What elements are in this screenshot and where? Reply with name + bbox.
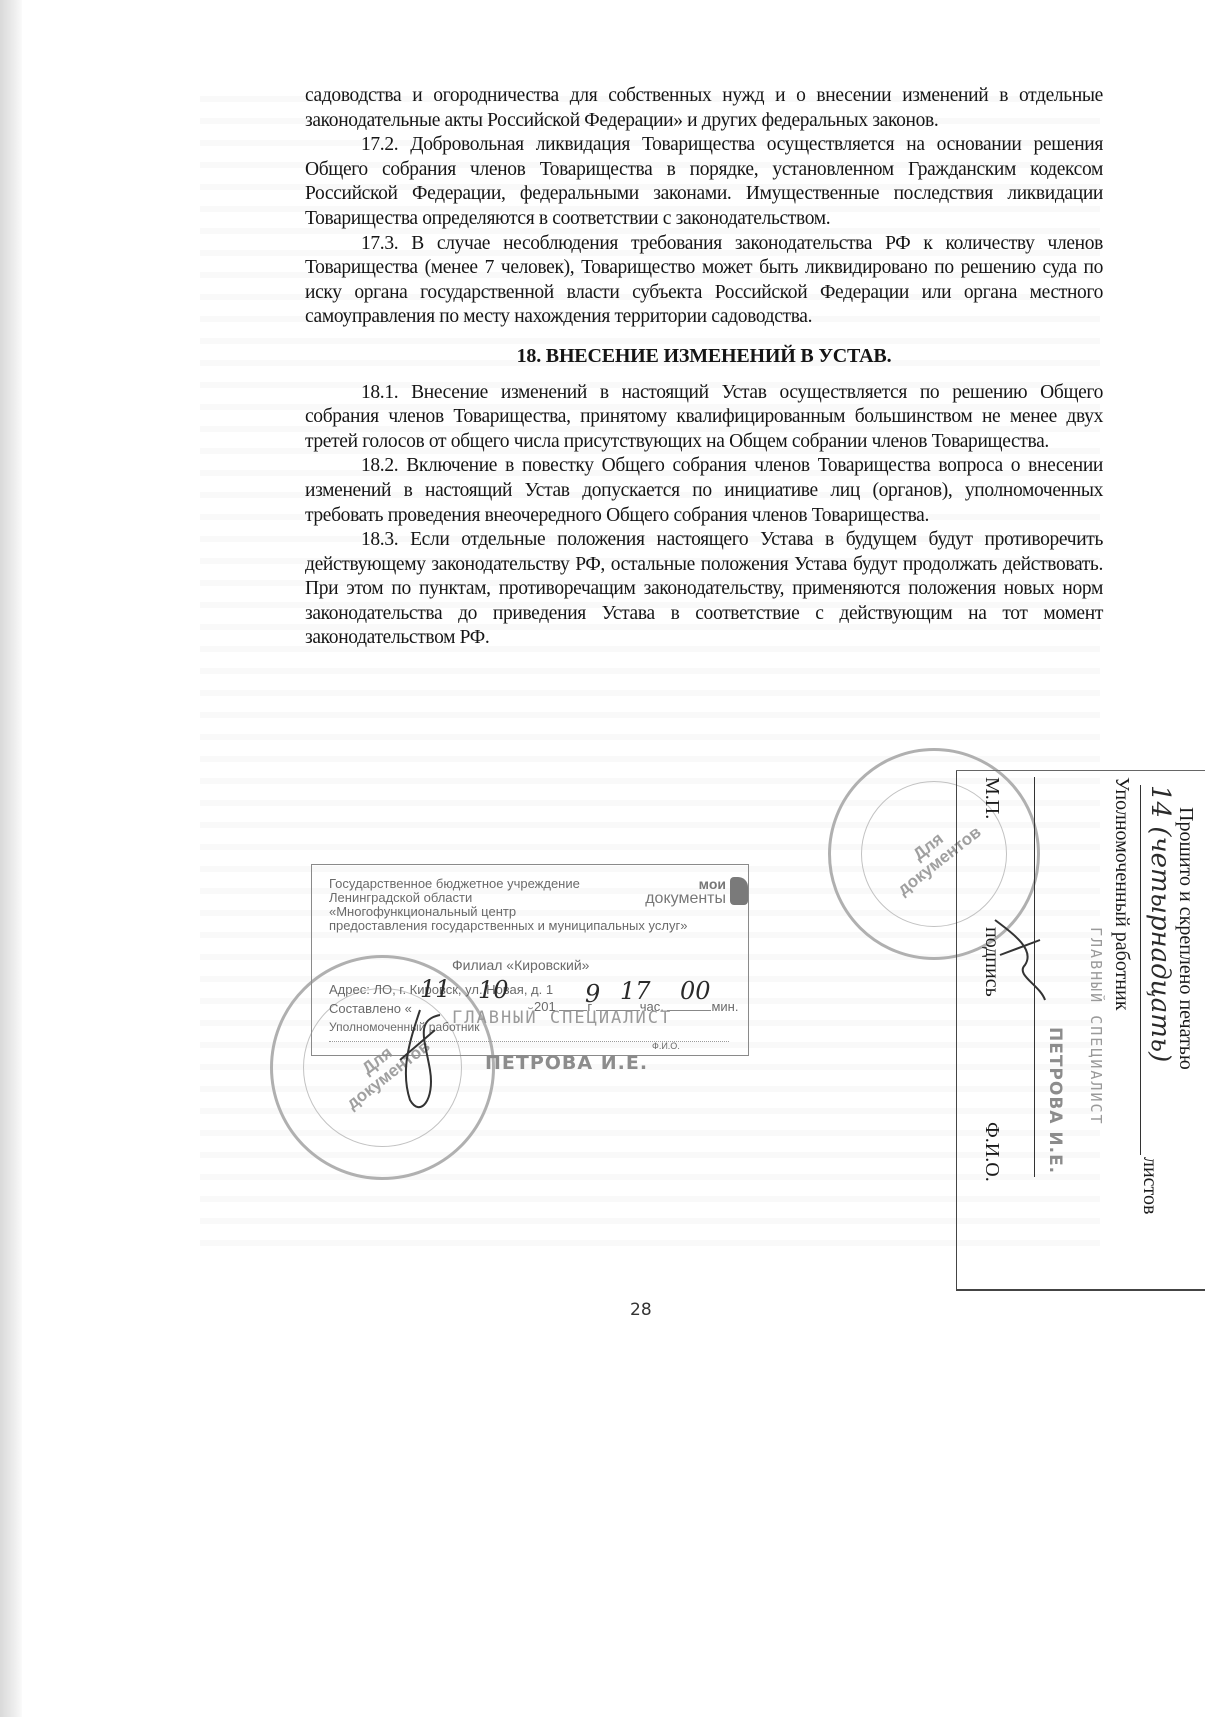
page-number: 28 [630,1300,652,1320]
cert-frame-top [956,770,1205,771]
handwritten-minutes: 00 [680,977,711,1005]
paragraph-18-2: 18.2. Включение в повестку Общего собран… [305,454,1103,528]
cert-authorized-label: Уполномоченный работник [1110,777,1133,1010]
handwritten-year: 9 [585,980,600,1008]
paragraph-17-2: 17.2. Добровольная ликвидация Товарищест… [305,133,1103,231]
logo-icon [730,877,748,905]
mp-label: М.П. [980,777,1003,819]
handwritten-hours: 17 [620,977,651,1005]
mfc-organization: Государственное бюджетное учреждение Лен… [329,877,687,933]
paragraph-17-3: 17.3. В случае несоблюдения требования з… [305,232,1103,330]
cert-stitched-label: Прошито и скреплено печатью [1174,807,1197,1070]
sheets-label: листов [1138,1157,1161,1214]
handwritten-month: 10 [478,976,509,1004]
handwritten-sheet-count: 14 (четырнадцать) [1145,785,1175,1062]
name-stamp-right: ПЕТРОВА И.Е. [1045,1027,1065,1174]
mfc-fio-label: Ф.И.О. [652,1041,680,1051]
handwritten-day: 11 [420,975,451,1003]
mfc-branch: Филиал «Кировский» [452,957,589,973]
cert-frame-bottom [956,1289,1205,1291]
scan-edge [0,0,22,1717]
role-stamp-left: ГЛАВНЫЙ СПЕЦИАЛИСТ [452,1008,672,1028]
section-heading-18: 18. ВНЕСЕНИЕ ИЗМЕНЕНИЙ В УСТАВ. [305,344,1103,369]
paragraph-18-1: 18.1. Внесение изменений в настоящий Уст… [305,381,1103,455]
cert-sheet-count-line: 14 (четырнадцать) листов [1140,785,1167,1155]
signature-right [985,915,1055,1005]
cert-frame-left [956,770,957,1290]
document-body: садоводства и огородничества для собстве… [305,84,1103,651]
fio-label: Ф.И.О. [980,1122,1003,1182]
signature-left [380,1000,470,1120]
name-stamp-left: ПЕТРОВА И.Е. [485,1052,648,1074]
moi-dokumenty-logo: мои документы [645,877,726,907]
paragraph-18-3: 18.3. Если отдельные положения настоящег… [305,528,1103,651]
paragraph-continuation: садоводства и огородничества для собстве… [305,84,1103,133]
role-stamp-right: ГЛАВНЫЙ СПЕЦИАЛИСТ [1087,927,1105,1126]
